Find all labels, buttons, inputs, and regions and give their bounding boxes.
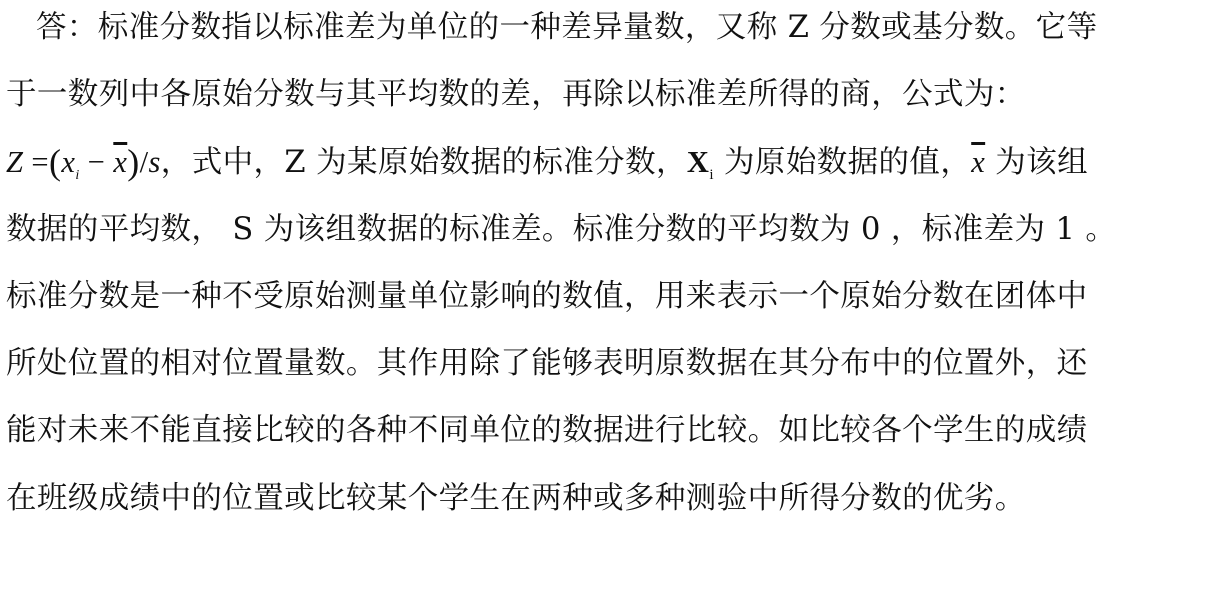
formula-minus: −	[88, 145, 106, 179]
formula-explanation: ，式中，Z 为某原始数据的标准分数，	[161, 145, 687, 180]
formula-xbar: x	[113, 145, 127, 179]
xi-subscript: i	[709, 167, 714, 183]
text-line-8: 在班级成绩中的位置或比较某个学生在两种或多种测验中所得分数的优劣。	[6, 477, 1026, 521]
formula-sub-i: i	[75, 168, 79, 183]
formula-close-paren: )	[127, 142, 139, 182]
text-line-6: 所处位置的相对位置量数。其作用除了能够表明原数据在其分布中的位置外，还	[6, 342, 1088, 386]
formula-z: Z	[6, 145, 23, 179]
text-line-1: 答：标准分数指以标准差为单位的一种差异量数，又称 Z 分数或基分数。它等	[36, 6, 1097, 50]
formula-s: s	[149, 145, 161, 179]
formula-open-paren: (	[49, 142, 61, 182]
xi-explanation: 为原始数据的值，	[724, 145, 971, 180]
formula-slash: /	[140, 145, 149, 179]
text-line-7: 能对未来不能直接比较的各种不同单位的数据进行比较。如比较各个学生的成绩	[6, 409, 1088, 453]
text-line-2: 于一数列中各原始分数与其平均数的差，再除以标准差所得的商，公式为：	[6, 73, 1026, 117]
xi-letter: X	[687, 145, 709, 179]
xi-label: Xi	[687, 145, 714, 179]
answer-document: 答：标准分数指以标准差为单位的一种差异量数，又称 Z 分数或基分数。它等 于一数…	[0, 0, 1220, 590]
text-line-4: 数据的平均数， S 为该组数据的标准差。标准分数的平均数为 0 ，标准差为 1 …	[6, 208, 1116, 252]
formula-x: x	[61, 145, 75, 179]
z-score-formula: Z =(xi − x)/s	[6, 145, 161, 179]
text-line-5: 标准分数是一种不受原始测量单位影响的数值，用来表示一个原始分数在团体中	[6, 275, 1088, 319]
xbar-explanation: 为该组	[995, 145, 1088, 180]
xbar-label: x	[971, 145, 985, 179]
text-line-3-formula: Z =(xi − x)/s，式中，Z 为某原始数据的标准分数，Xi 为原始数据的…	[6, 140, 1088, 184]
formula-equals: =	[31, 145, 49, 179]
